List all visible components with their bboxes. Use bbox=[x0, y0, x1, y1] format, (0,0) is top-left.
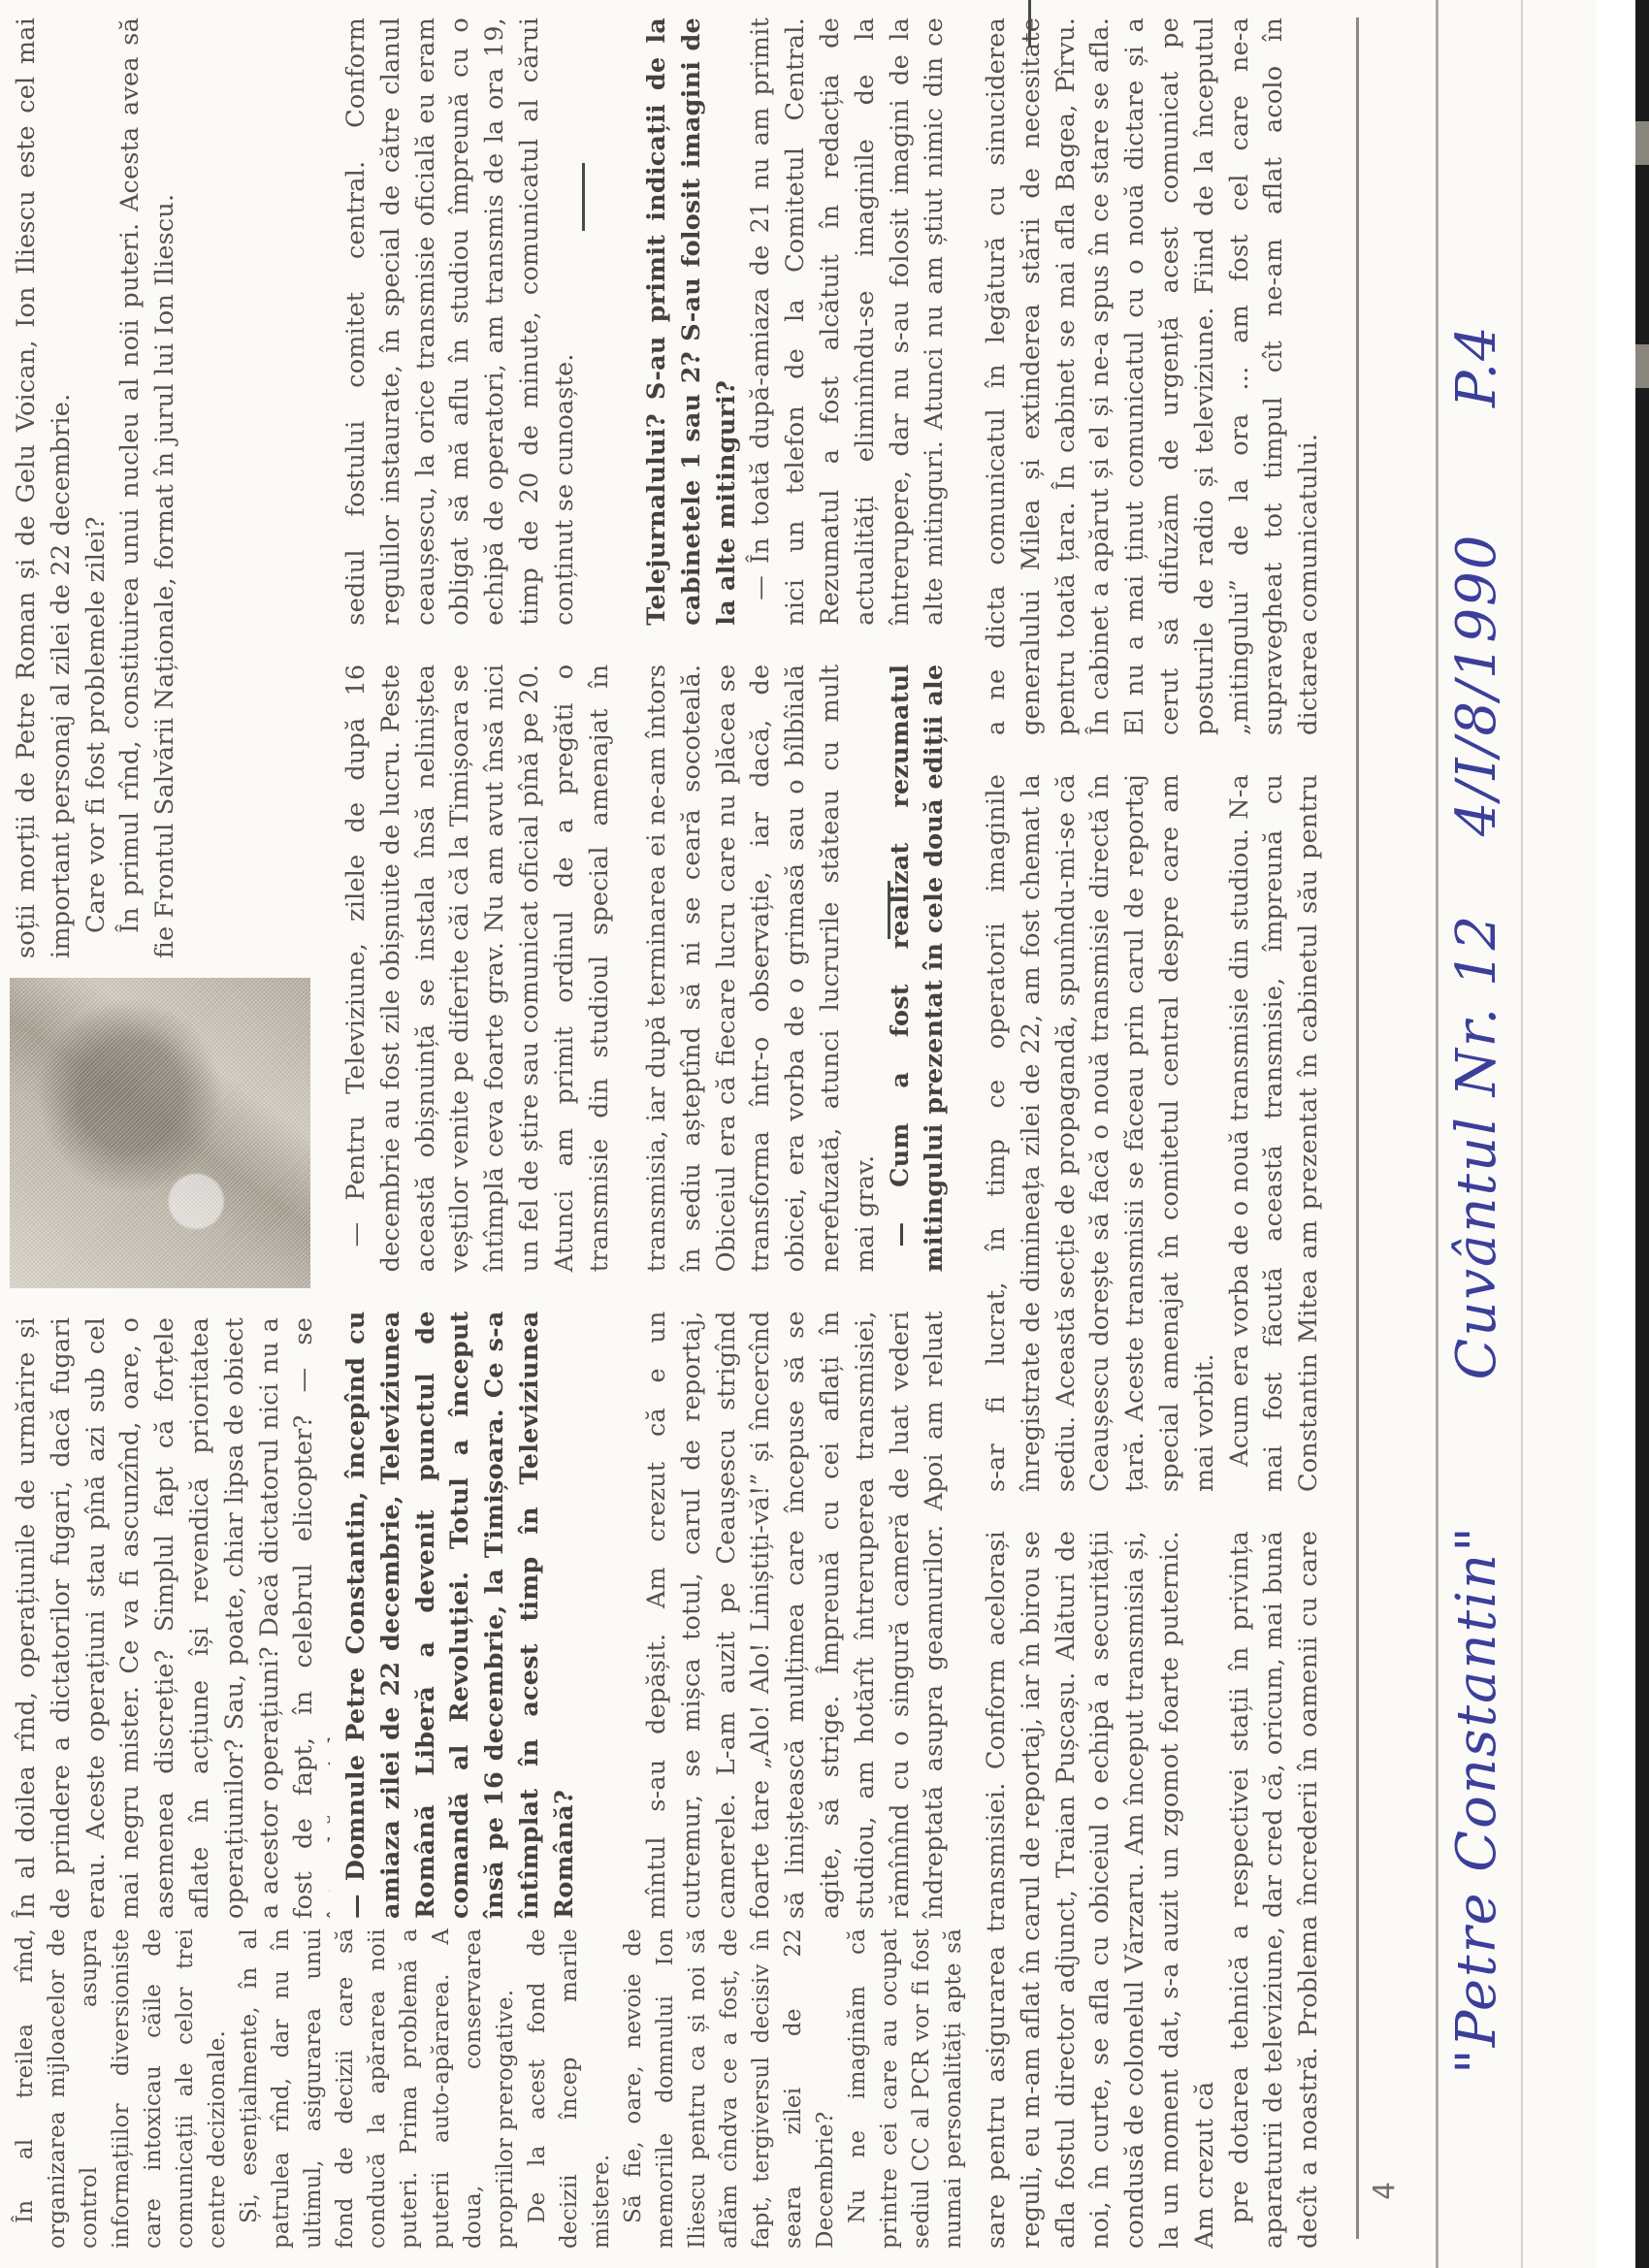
scanner-edge-patch bbox=[1635, 344, 1649, 388]
article-column-1-continued: În al doilea rînd, operațiunile de urmăr… bbox=[10, 1317, 330, 1919]
scan-margin bbox=[1597, 0, 1635, 2268]
portrait-photo bbox=[10, 978, 310, 1288]
paragraph: În al treilea rînd, organizarea mijloace… bbox=[10, 1928, 234, 2249]
article-column-1-end: În al treilea rînd, organizarea mijloace… bbox=[10, 1928, 970, 2249]
paragraph: sare pentru asigurarea transmisiei. Conf… bbox=[980, 1531, 1223, 2249]
paragraph: Care vor fi fost problemele zilei? bbox=[80, 17, 114, 958]
pencil-mark bbox=[582, 163, 585, 231]
article-column-3: mîntul s-au depășit. Am crezut că e un c… bbox=[640, 17, 970, 1919]
column-rule bbox=[1436, 0, 1439, 2268]
handwritten-annotation: "Petre Constantin" Cuvântul Nr. 12 4/I/8… bbox=[1445, 324, 1508, 2074]
paragraph: — Pentru Televiziune, zilele de după 16 … bbox=[339, 17, 630, 1272]
scanner-edge bbox=[1635, 0, 1649, 2268]
paragraph: Să fie, oare, nevoie de memoriile domnul… bbox=[618, 1928, 842, 2249]
annotation-subject: "Petre Constantin" bbox=[1445, 1525, 1508, 2074]
column-rule bbox=[1521, 0, 1523, 2268]
annotation-page-ref: P.4 bbox=[1445, 324, 1508, 407]
annotation-date: 4/I/8/1990 bbox=[1445, 534, 1508, 837]
page-number: 4 bbox=[1368, 2182, 1402, 2200]
column-rule bbox=[1356, 17, 1359, 2239]
pencil-mark bbox=[1028, 0, 1031, 47]
newspaper-page: soții morții de Petre Roman și de Gelu V… bbox=[0, 0, 1397, 2268]
article-column-2: — Domnule Petre Constantin, începînd cu … bbox=[339, 17, 630, 1919]
annotation-publication: Cuvântul Nr. 12 bbox=[1445, 914, 1508, 1380]
scanner-edge-patch bbox=[1635, 121, 1649, 165]
paragraph: În al doilea rînd, operațiunile de urmăr… bbox=[10, 1317, 330, 1919]
paragraph: În primul rînd, constituirea unui nucleu… bbox=[113, 17, 183, 958]
paragraph: De la acest fond de decizii încep marile… bbox=[522, 1928, 618, 2249]
paragraph: Nu ne imaginăm că printre cei care au oc… bbox=[842, 1928, 970, 2249]
article-column-intro: soții morții de Petre Roman și de Gelu V… bbox=[10, 17, 330, 958]
interview-question: — Domnule Petre Constantin, începînd cu … bbox=[339, 1311, 583, 1919]
paragraph: soții morții de Petre Roman și de Gelu V… bbox=[10, 17, 80, 958]
pencil-mark bbox=[888, 881, 890, 939]
article-column-4: sare pentru asigurarea transmisiei. Conf… bbox=[980, 17, 1348, 2249]
paragraph: Și, esențialmente, în al patrulea rînd, … bbox=[234, 1928, 522, 2249]
